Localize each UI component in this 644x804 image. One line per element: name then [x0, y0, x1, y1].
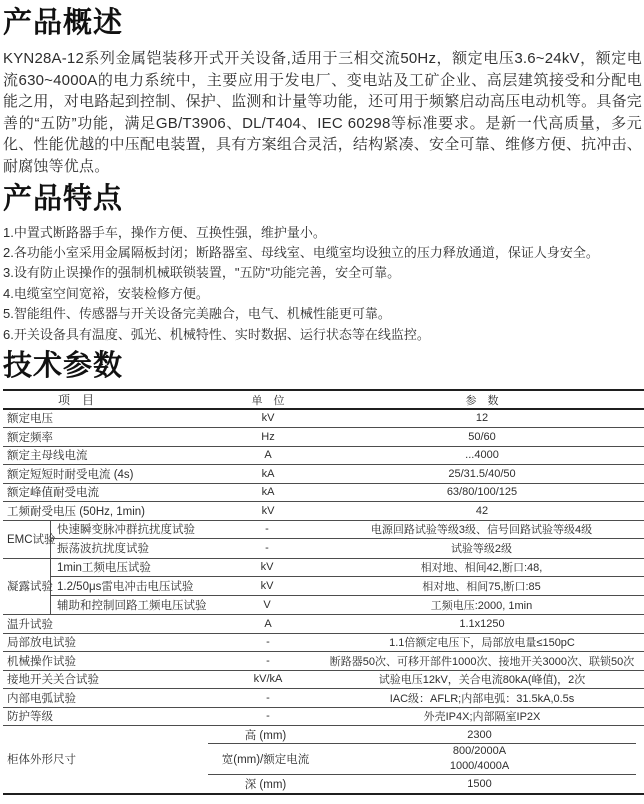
dimensions-label: 柜体外形尺寸	[3, 726, 208, 793]
table-row: 快速瞬变脉冲群抗扰度试验 - 电源回路试验等级3级、信号回路试验等级4级	[51, 521, 644, 540]
param-value: 42	[328, 505, 644, 517]
table-header-row: 项 目 单 位 参 数	[3, 391, 644, 410]
param-unit: kV	[208, 505, 328, 517]
overview-paragraph: KYN28A-12系列金属铠装移开式开关设备,适用于三相交流50Hz，额定电压3…	[3, 48, 642, 178]
table-row: 温升试验 A 1.1x1250	[3, 615, 644, 634]
param-value: ...4000	[328, 449, 644, 461]
table-row: 额定短短时耐受电流 (4s) kA 25/31.5/40/50	[3, 465, 644, 484]
table-row: 机械操作试验 - 断路器50次、可移开部件1000次、接地开关3000次、联锁5…	[3, 652, 644, 671]
param-unit: kA	[208, 486, 328, 498]
param-name: 机械操作试验	[3, 653, 208, 669]
document-page: 产品概述 KYN28A-12系列金属铠装移开式开关设备,适用于三相交流50Hz，…	[0, 0, 644, 795]
param-unit: kV	[207, 561, 327, 573]
table-group-condensation: 凝露试验 1min工频电压试验 kV 相对地、相间42,断口:48, 1.2/5…	[3, 559, 644, 616]
param-unit: -	[208, 710, 328, 722]
param-value: 50/60	[328, 431, 644, 443]
param-name: 防护等级	[3, 708, 208, 724]
features-title: 产品特点	[3, 178, 642, 220]
table-row: 1.2/50μs雷电冲击电压试验 kV 相对地、相间75,断口:85	[51, 577, 644, 596]
dimension-row-width: 宽(mm)/额定电流 800/2000A 1000/4000A	[208, 744, 636, 775]
feature-item: 3.设有防止误操作的强制机械联锁装置，"五防"功能完善，安全可靠。	[3, 263, 642, 283]
header-item: 项 目	[3, 391, 208, 408]
dimension-value: 1500	[323, 778, 636, 790]
dimension-name: 高 (mm)	[208, 727, 323, 743]
header-value: 参 数	[328, 392, 644, 408]
param-unit: -	[207, 542, 327, 554]
param-name: 1.2/50μs雷电冲击电压试验	[51, 578, 207, 594]
param-value: 相对地、相间42,断口:48,	[327, 559, 644, 575]
dimension-value-line: 1000/4000A	[323, 759, 636, 774]
param-value: 相对地、相间75,断口:85	[327, 578, 644, 594]
param-value: IAC级：AFLR;内部电弧：31.5kA,0.5s	[328, 690, 644, 706]
table-row: 辅助和控制回路工频电压试验 V 工频电压:2000, 1min	[51, 596, 644, 615]
table-row: 防护等级 - 外壳IP4X;内部隔室IP2X	[3, 708, 644, 727]
table-row: 额定频率 Hz 50/60	[3, 428, 644, 447]
feature-item: 2.各功能小室采用金属隔板封闭；断路器室、母线室、电缆室均设独立的压力释放通道，…	[3, 243, 642, 263]
dimension-value-line: 800/2000A	[323, 744, 636, 759]
param-value: 1.1倍额定电压下，局部放电量≤150pC	[328, 634, 644, 650]
table-row: 额定主母线电流 A ...4000	[3, 447, 644, 466]
dimension-name: 深 (mm)	[208, 776, 323, 792]
table-row: 额定电压 kV 12	[3, 410, 644, 429]
param-unit: kV	[208, 412, 328, 424]
table-row: 振荡波抗扰度试验 - 试验等级2级	[51, 539, 644, 558]
feature-item: 6.开关设备具有温度、弧光、机械特性、实时数据、运行状态等在线监控。	[3, 325, 642, 345]
overview-title: 产品概述	[3, 2, 642, 44]
features-list: 1.中置式断路器手车，操作方便、互换性强，维护量小。 2.各功能小室采用金属隔板…	[3, 223, 642, 345]
param-name: 工频耐受电压 (50Hz, 1min)	[3, 503, 208, 519]
param-unit: V	[207, 599, 327, 611]
param-unit: -	[208, 655, 328, 667]
dimension-value: 2300	[323, 729, 636, 741]
param-name: 快速瞬变脉冲群抗扰度试验	[51, 521, 207, 537]
param-value: 外壳IP4X;内部隔室IP2X	[328, 708, 644, 724]
dimension-value: 800/2000A 1000/4000A	[323, 744, 636, 774]
param-unit: -	[208, 692, 328, 704]
table-row: 工频耐受电压 (50Hz, 1min) kV 42	[3, 502, 644, 521]
table-row: 内部电弧试验 - IAC级：AFLR;内部电弧：31.5kA,0.5s	[3, 689, 644, 708]
param-name: 额定频率	[3, 429, 208, 445]
cabinet-dimensions-section: 柜体外形尺寸 高 (mm) 2300 宽(mm)/额定电流 800/2000A …	[3, 726, 644, 795]
feature-item: 1.中置式断路器手车，操作方便、互换性强，维护量小。	[3, 223, 642, 243]
table-row: 接地开关关合试验 kV/kA 试验电压12kV，关合电流80kA(峰值)，2次	[3, 671, 644, 690]
param-name: 局部放电试验	[3, 634, 208, 650]
param-value: 断路器50次、可移开部件1000次、接地开关3000次、联锁50次	[328, 653, 644, 669]
param-value: 工频电压:2000, 1min	[327, 597, 644, 613]
param-unit: kV	[207, 580, 327, 592]
param-value: 1.1x1250	[328, 618, 644, 630]
param-value: 试验等级2级	[327, 540, 644, 556]
param-name: 温升试验	[3, 616, 208, 632]
dimension-row-depth: 深 (mm) 1500	[208, 775, 636, 793]
header-unit: 单 位	[208, 392, 328, 408]
param-unit: kV/kA	[208, 673, 328, 685]
param-unit: A	[208, 618, 328, 630]
table-group-emc: EMC试验 快速瞬变脉冲群抗扰度试验 - 电源回路试验等级3级、信号回路试验等级…	[3, 521, 644, 559]
param-unit: kA	[208, 468, 328, 480]
parameters-table: 项 目 单 位 参 数 额定电压 kV 12 额定频率 Hz 50/60 额定主…	[3, 389, 644, 795]
param-name: 额定电压	[3, 410, 208, 426]
feature-item: 4.电缆室空间宽裕，安装检修方便。	[3, 284, 642, 304]
param-value: 63/80/100/125	[328, 486, 644, 498]
param-unit: -	[208, 636, 328, 648]
param-value: 12	[328, 412, 644, 424]
table-row: 局部放电试验 - 1.1倍额定电压下，局部放电量≤150pC	[3, 634, 644, 653]
param-value: 电源回路试验等级3级、信号回路试验等级4级	[327, 521, 644, 537]
dimension-name: 宽(mm)/额定电流	[208, 751, 323, 767]
param-name: 额定峰值耐受电流	[3, 484, 208, 500]
dimension-row-height: 高 (mm) 2300	[208, 726, 636, 744]
param-name: 额定短短时耐受电流 (4s)	[3, 466, 208, 482]
group-label: EMC试验	[3, 521, 51, 558]
param-name: 1min工频电压试验	[51, 559, 207, 575]
param-value: 试验电压12kV，关合电流80kA(峰值)，2次	[328, 671, 644, 687]
feature-item: 5.智能组件、传感器与开关设备完美融合，电气、机械性能更可靠。	[3, 304, 642, 324]
param-name: 额定主母线电流	[3, 447, 208, 463]
param-name: 辅助和控制回路工频电压试验	[51, 597, 207, 613]
param-unit: A	[208, 449, 328, 461]
table-row: 额定峰值耐受电流 kA 63/80/100/125	[3, 484, 644, 503]
param-name: 内部电弧试验	[3, 690, 208, 706]
table-row: 1min工频电压试验 kV 相对地、相间42,断口:48,	[51, 559, 644, 578]
param-name: 振荡波抗扰度试验	[51, 540, 207, 556]
param-unit: -	[207, 523, 327, 535]
param-value: 25/31.5/40/50	[328, 468, 644, 480]
group-label: 凝露试验	[3, 559, 51, 615]
param-name: 接地开关关合试验	[3, 671, 208, 687]
parameters-title: 技术参数	[3, 345, 642, 387]
param-unit: Hz	[208, 431, 328, 443]
